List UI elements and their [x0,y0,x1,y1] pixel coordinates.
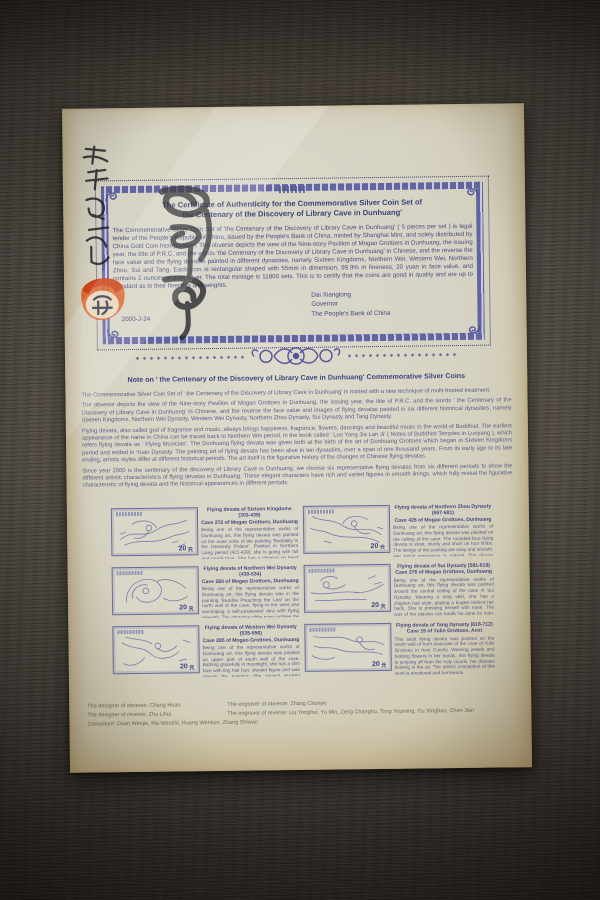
corner-swirl-icon [468,323,482,337]
stamp-northern-zhou: 20 [303,505,391,554]
credits-block: The designer of obverse: Chang Huan The … [69,697,531,730]
denomination-number: 20 [372,661,380,668]
guilloche-chain-left [134,353,246,361]
stamp-caption-marks [309,628,335,632]
stamp-tang-dynasty: 20 [304,623,392,672]
stamp-sixteen-kingdoms: 20 [111,507,199,556]
photo-of-certificate-on-carpet: The Certificate of Authenticity for the … [0,0,600,900]
note-paragraph-2: The obverse depicts the view of the Nine… [82,398,512,425]
denomination-label: 20 [370,543,385,550]
denomination-number: 20 [179,545,187,552]
note-paragraph-4: Since year 2000 is the centenary of the … [82,463,512,490]
denomination-number: 20 [370,543,378,550]
certificate-sheet: The Certificate of Authenticity for the … [62,103,532,773]
handwritten-calligraphy-margin [76,144,118,272]
stamp-description-block: Flying devata of Tang Dynasty (618-712)C… [394,622,495,675]
denomination-number: 20 [180,663,188,670]
stamp-caption-marks [116,512,142,516]
stamp-title: Flying devata of Northern Wei Dynasty (4… [203,565,296,578]
denomination-label: 20 [179,545,194,552]
stamp-description-block: Flying devata of Sui Dynasty (581-618)Ca… [394,563,495,616]
ornament-flourish-icon [248,344,344,367]
stamp-subtitle: Cave 15 of Yulin Grottoes, Anxi [407,628,482,635]
stamp-desc: Being one of the representative works of… [394,576,494,616]
stamp-subtitle: Cave 260 of Mogao Grottoes, Dunhuang [202,578,299,585]
note-paragraph-3: Flying devata, also called god of fragra… [82,423,512,465]
signature-block: Dai Xianglong Governor The People's Bank… [311,290,390,319]
stamp-western-wei: 20 [112,625,200,674]
stamp-northern-wei: 20 [112,566,200,615]
stamp-subtitle: Cave 428 of Mogao Grottoes, Dunhuang [395,516,492,523]
stamp-caption-marks [117,571,143,575]
signer-organization: The People's Bank of China [311,309,390,319]
stamp-desc: This adult flying devata was painted on … [394,635,494,675]
guilloche-chain-right [346,351,458,359]
stamp-description-block: Flying devata of Western Wei Dynasty (53… [202,624,300,677]
stamp-title: Flying devata of Western Wei Dynasty (53… [205,624,297,637]
stamp-caption-marks [309,569,335,573]
note-paragraphs: The Commemorative Silver Coin Set of ' t… [81,387,512,493]
stamp-sui-dynasty: 20 [304,564,392,613]
corner-swirl-icon [466,185,480,199]
denomination-label: 20 [372,661,387,668]
denomination-label: 20 [180,663,195,670]
note-heading: Note on ' the Centenary of the Discovery… [75,371,517,384]
stamp-title: Flying devata of Sixteen Kingdoms (303-4… [207,506,292,519]
stamp-caption-marks [308,510,334,514]
consultants: Consultant: Duan Wenjie, Ma Wenzhi, Huan… [87,719,257,730]
stamp-desc: Being one of the representative works of… [202,585,299,618]
stamp-caption-marks [117,630,143,634]
ornament-band [65,343,527,369]
yuan-symbol-icon [188,605,194,611]
handwritten-calligraphy-overlay [141,181,245,342]
denomination-number: 20 [371,602,379,609]
stamp-subtitle: Cave 276 of Mogao Grottoes, Dunhuang [395,569,492,576]
stamp-subtitle: Cave 285 of Mogao Grottoes, Dunhuang [203,637,300,644]
yuan-symbol-icon [379,544,385,550]
stamp-description-block: Flying devata of Northern Wei Dynasty (4… [202,565,300,618]
denomination-label: 20 [371,602,386,609]
designer-reverse: The designer of reverse: Zhu Lihui [87,711,171,721]
stamp-desc: Being one of the representative works of… [393,524,493,557]
yuan-symbol-icon [380,603,386,609]
red-seal-stamp [77,268,128,325]
stamp-grid: 20 Flying devata of Sixteen Kingdoms (30… [111,504,495,679]
denomination-number: 20 [179,604,187,611]
stamp-subtitle: Cave 272 of Mogao Grottoes, Dunhuang [201,519,298,526]
yuan-symbol-icon [187,546,193,552]
yuan-symbol-icon [381,662,387,668]
corner-swirl-icon [106,327,120,341]
stamp-desc: Being one of the representative works of… [203,644,300,677]
stamp-title: Flying devata of Northern Zhou Dynasty (… [394,504,491,517]
stamp-description-block: Flying devata of Sixteen Kingdoms (303-4… [201,506,299,559]
yuan-symbol-icon [189,664,195,670]
stamp-description-block: Flying devata of Northern Zhou Dynasty (… [393,504,494,557]
stamp-desc: Being one of the representative works of… [201,526,298,559]
denomination-label: 20 [179,604,194,611]
